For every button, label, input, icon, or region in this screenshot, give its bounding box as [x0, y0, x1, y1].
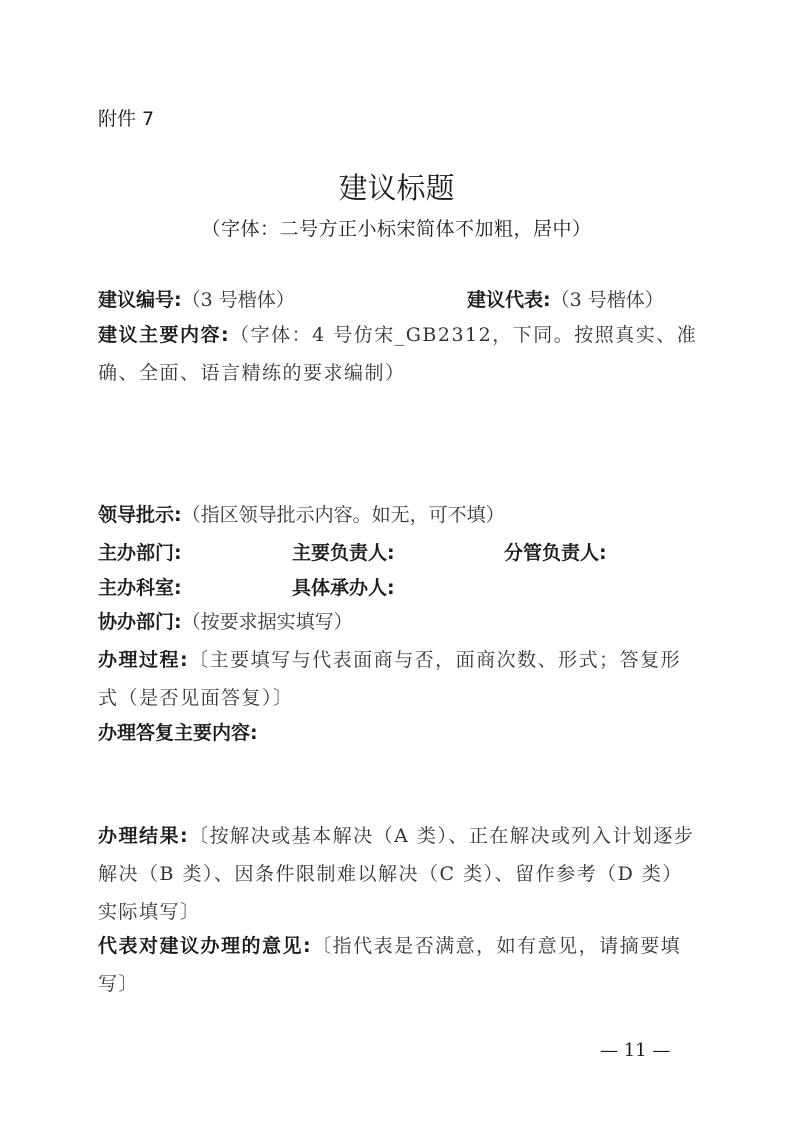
field-label: 办理结果:	[98, 825, 189, 847]
field-main-person-in-charge: 主要负责人:	[292, 538, 395, 568]
field-deputy-in-charge: 分管负责人:	[504, 538, 607, 568]
field-label: 办理答复主要内容:	[98, 722, 258, 744]
field-label: 建议代表:	[467, 289, 551, 311]
attachment-label: 附件 7	[98, 104, 154, 131]
field-label: 具体承办人:	[292, 577, 395, 599]
field-label: 主办部门:	[98, 542, 182, 564]
field-label: 分管负责人:	[504, 542, 607, 564]
field-assisting-department: 协办部门:（按要求据实填写）	[98, 607, 353, 637]
field-label: 主办科室:	[98, 577, 182, 599]
field-host-department: 主办部门:	[98, 538, 182, 568]
field-main-content: 建议主要内容:（字体：4 号仿宋_GB2312，下同。按照真实、准确、全面、语言…	[98, 316, 698, 392]
field-reply-content: 办理答复主要内容:	[98, 718, 258, 748]
document-title: 建议标题	[0, 166, 793, 207]
field-representative: 建议代表:（3 号楷体）	[467, 285, 664, 315]
field-value: （3 号楷体）	[551, 289, 664, 311]
field-label: 代表对建议办理的意见:	[98, 935, 312, 957]
field-leader-instruction: 领导批示:（指区领导批示内容。如无，可不填）	[98, 500, 505, 530]
field-label: 办理过程:	[98, 649, 189, 671]
field-label: 领导批示:	[98, 504, 182, 526]
field-label: 协办部门:	[98, 611, 182, 633]
field-host-office: 主办科室:	[98, 573, 182, 603]
field-handling-result: 办理结果:〔按解决或基本解决（A 类）、正在解决或列入计划逐步解决（B 类）、因…	[98, 817, 698, 931]
field-handling-process: 办理过程:〔主要填写与代表面商与否，面商次数、形式；答复形式（是否见面答复）〕	[98, 641, 698, 717]
field-value: （按要求据实填写）	[182, 611, 353, 633]
page-number: — 11 —	[600, 1040, 670, 1061]
field-representative-opinion: 代表对建议办理的意见:〔指代表是否满意，如有意见，请摘要填写〕	[98, 927, 698, 1003]
field-value: （3 号楷体）	[182, 289, 295, 311]
field-label: 主要负责人:	[292, 542, 395, 564]
field-suggestion-number: 建议编号:（3 号楷体）	[98, 285, 295, 315]
field-handler: 具体承办人:	[292, 573, 395, 603]
document-subtitle: （字体：二号方正小标宋简体不加粗，居中）	[0, 214, 793, 241]
field-label: 建议主要内容:	[98, 324, 230, 346]
field-value: （指区领导批示内容。如无，可不填）	[182, 504, 505, 526]
field-label: 建议编号:	[98, 289, 182, 311]
